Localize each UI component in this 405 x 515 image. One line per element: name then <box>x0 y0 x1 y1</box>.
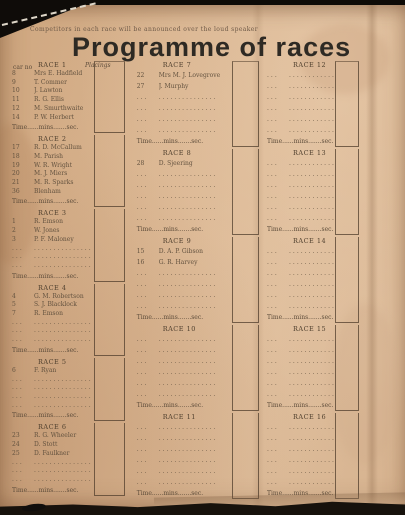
competitor-name: ............... <box>289 345 335 356</box>
car-number: 5 <box>12 301 34 310</box>
car-number: ... <box>267 290 289 301</box>
entry-row: .................. <box>267 444 335 455</box>
competitor-name: Blenham <box>34 188 94 197</box>
race-entries: RACE 13.................................… <box>267 149 335 235</box>
car-number: ... <box>12 393 34 402</box>
car-number: ... <box>137 213 159 224</box>
car-number: 22 <box>137 70 159 81</box>
competitor-name: ............... <box>34 402 94 411</box>
competitor-name: ............... <box>34 336 94 345</box>
car-number: ... <box>137 180 159 191</box>
car-number: 15 <box>137 246 159 257</box>
car-number: ... <box>267 202 289 213</box>
race-section: RACE 217R. D. McCallum18M. Parish19W. R.… <box>12 135 125 207</box>
car-number: 9 <box>12 79 34 88</box>
competitor-name: ............... <box>289 334 335 345</box>
competitor-name: T. Commer <box>34 79 94 88</box>
entry-row: .................. <box>12 336 94 345</box>
car-number: ... <box>137 356 159 367</box>
competitor-name: ............... <box>159 466 232 477</box>
entry-row: .................. <box>12 253 94 262</box>
competitor-name: D. Sjeering <box>159 158 232 169</box>
races-table: RACE 18Mrs E. Hadfield9T. Commer10J. Law… <box>12 61 403 495</box>
entry-row: .................. <box>267 378 335 389</box>
competitor-name: ............... <box>159 477 232 488</box>
race-entries: RACE 11.................................… <box>137 413 232 499</box>
race-section: RACE 13.................................… <box>267 149 359 235</box>
time-result-line: Time......mins.......sec. <box>137 401 232 411</box>
entry-row: .................. <box>137 180 232 191</box>
competitor-name: ............... <box>34 262 94 271</box>
entry-row: .................. <box>12 384 94 393</box>
entry-row: .................. <box>137 125 232 136</box>
entry-row: .................. <box>137 477 232 488</box>
race-section: RACE 10.................................… <box>137 325 259 411</box>
competitor-name: ............... <box>34 245 94 254</box>
entry-row: .................. <box>267 70 335 81</box>
competitor-name: R. Emson <box>34 310 94 319</box>
race-title: RACE 9 <box>137 237 232 246</box>
competitor-name: ............... <box>159 103 232 114</box>
car-number: ... <box>12 476 34 485</box>
race-section: RACE 14.................................… <box>267 237 359 323</box>
time-result-line: Time......mins.......sec. <box>12 486 94 496</box>
competitor-name: Mrs E. Hadfield <box>34 70 94 79</box>
race-title: RACE 14 <box>267 237 335 246</box>
car-number: ... <box>137 378 159 389</box>
competitor-name: G. M. Robertson <box>34 293 94 302</box>
race-entries: RACE 10.................................… <box>137 325 232 411</box>
competitor-name: ............... <box>289 246 335 257</box>
competitor-name: M. R. Sparks <box>34 179 94 188</box>
car-number: ... <box>137 114 159 125</box>
entry-row: .................. <box>12 393 94 402</box>
entry-row: 18M. Parish <box>12 153 94 162</box>
entry-row: .................. <box>12 376 94 385</box>
race-entries: RACE 18Mrs E. Hadfield9T. Commer10J. Law… <box>12 61 94 133</box>
race-entries: RACE 915D. A. P. Gibson16G. R. Harvey...… <box>137 237 232 323</box>
paper-sheet: Competitors in each race will be announc… <box>0 4 405 509</box>
car-number: ... <box>137 477 159 488</box>
car-number: 3 <box>12 236 34 245</box>
time-result-line: Time......mins.......sec. <box>12 123 94 133</box>
car-number: ... <box>267 444 289 455</box>
race-section: RACE 16.................................… <box>267 413 359 499</box>
competitor-name: ............... <box>289 477 335 488</box>
page-title: Programme of races <box>72 32 351 63</box>
car-number: ... <box>267 334 289 345</box>
race-section: RACE 44G. M. Robertson5S. J. Blacklock7R… <box>12 284 125 356</box>
race-title: RACE 16 <box>267 413 335 422</box>
entry-row: .................. <box>137 213 232 224</box>
race-title: RACE 15 <box>267 325 335 334</box>
race-section: RACE 15.................................… <box>267 325 359 411</box>
entry-row: .................. <box>137 389 232 400</box>
competitor-name: ............... <box>159 290 232 301</box>
race-entries: RACE 722Mrs M. J. Lovegrove27J. Murphy..… <box>137 61 232 147</box>
placings-cell <box>335 413 359 499</box>
competitor-name: ............... <box>289 114 335 125</box>
car-number: ... <box>267 125 289 136</box>
car-number: ... <box>137 389 159 400</box>
car-number: 24 <box>12 441 34 450</box>
car-number: ... <box>137 367 159 378</box>
entry-row: .................. <box>12 319 94 328</box>
entry-row: .................. <box>267 92 335 103</box>
placings-cell <box>94 209 125 281</box>
race-entries: RACE 828D. Sjeering.....................… <box>137 149 232 235</box>
race-title: RACE 7 <box>137 61 232 70</box>
car-number: ... <box>137 290 159 301</box>
competitor-name: ............... <box>159 433 232 444</box>
car-number: 10 <box>12 87 34 96</box>
entry-row: .................. <box>267 301 335 312</box>
entry-row: .................. <box>137 378 232 389</box>
competitor-name: ............... <box>159 444 232 455</box>
car-number: ... <box>137 268 159 279</box>
entry-row: .................. <box>267 477 335 488</box>
competitor-name: ............... <box>159 268 232 279</box>
entry-row: .................. <box>267 422 335 433</box>
car-number: ... <box>12 467 34 476</box>
competitor-name: ............... <box>289 367 335 378</box>
car-number: ... <box>267 92 289 103</box>
entry-row: .................. <box>267 114 335 125</box>
car-number: ... <box>137 103 159 114</box>
entry-row: 9T. Commer <box>12 79 94 88</box>
competitor-name: ............... <box>289 70 335 81</box>
competitor-name: ............... <box>289 356 335 367</box>
competitor-name: ............... <box>159 279 232 290</box>
entry-row: .................. <box>267 356 335 367</box>
entry-row: .................. <box>267 268 335 279</box>
race-column: RACE 18Mrs E. Hadfield9T. Commer10J. Law… <box>12 61 125 495</box>
competitor-name: ............... <box>289 455 335 466</box>
race-entries: RACE 623R. G. Wheeler24D. Stott25D. Faul… <box>12 423 94 495</box>
car-number: 8 <box>12 70 34 79</box>
competitor-name: ............... <box>159 169 232 180</box>
car-number: ... <box>137 125 159 136</box>
entry-row: .................. <box>137 422 232 433</box>
entry-row: 10J. Lawton <box>12 87 94 96</box>
car-number: ... <box>267 422 289 433</box>
entry-row: 2W. Jones <box>12 227 94 236</box>
competitor-name: ............... <box>159 213 232 224</box>
competitor-name: ............... <box>159 301 232 312</box>
competitor-name: G. R. Harvey <box>159 257 232 268</box>
entry-row: 11R. G. Ellis <box>12 96 94 105</box>
entry-row: 5S. J. Blacklock <box>12 301 94 310</box>
race-section: RACE 12.................................… <box>267 61 359 147</box>
car-number: 25 <box>12 450 34 459</box>
placings-cell <box>94 61 125 133</box>
entry-row: .................. <box>267 246 335 257</box>
entry-row: .................. <box>267 202 335 213</box>
competitor-name: ............... <box>159 422 232 433</box>
car-number: ... <box>137 301 159 312</box>
car-number: ... <box>267 180 289 191</box>
time-result-line: Time......mins.......sec. <box>137 137 232 147</box>
competitor-name: J. Lawton <box>34 87 94 96</box>
time-result-line: Time......mins.......sec. <box>267 225 335 235</box>
race-entries: RACE 56F. Ryan..........................… <box>12 358 94 422</box>
competitor-name: W. R. Wright <box>34 162 94 171</box>
competitor-name: P. F. Maloney <box>34 236 94 245</box>
competitor-name: ............... <box>34 319 94 328</box>
entry-row: .................. <box>267 389 335 400</box>
placings-cell <box>335 61 359 147</box>
competitor-name: ............... <box>289 125 335 136</box>
car-number: ... <box>12 384 34 393</box>
car-number: 19 <box>12 162 34 171</box>
race-title: RACE 11 <box>137 413 232 422</box>
car-number: ... <box>12 319 34 328</box>
placings-cell <box>335 149 359 235</box>
race-section: RACE 722Mrs M. J. Lovegrove27J. Murphy..… <box>137 61 259 147</box>
competitor-name: ............... <box>289 257 335 268</box>
time-result-line: Time......mins.......sec. <box>137 313 232 323</box>
competitor-name: F. Ryan <box>34 367 94 376</box>
car-number: ... <box>267 433 289 444</box>
entry-row: .................. <box>267 279 335 290</box>
car-number: 1 <box>12 218 34 227</box>
race-section: RACE 915D. A. P. Gibson16G. R. Harvey...… <box>137 237 259 323</box>
car-number: 7 <box>12 310 34 319</box>
competitor-name: ............... <box>289 103 335 114</box>
entry-row: .................. <box>137 433 232 444</box>
placings-cell <box>232 149 259 235</box>
competitor-name: ............... <box>159 378 232 389</box>
race-title: RACE 4 <box>12 284 94 293</box>
car-number: 20 <box>12 170 34 179</box>
time-result-line: Time......mins.......sec. <box>12 272 94 282</box>
race-title: RACE 6 <box>12 423 94 432</box>
car-number: ... <box>267 103 289 114</box>
race-section: RACE 11.................................… <box>137 413 259 499</box>
competitor-name: ............... <box>159 125 232 136</box>
race-entries: RACE 15.................................… <box>267 325 335 411</box>
placings-cell <box>335 237 359 323</box>
car-number: ... <box>137 466 159 477</box>
entry-row: .................. <box>137 466 232 477</box>
competitor-name: ............... <box>289 169 335 180</box>
competitor-name: ............... <box>159 114 232 125</box>
entry-row: 27J. Murphy <box>137 81 232 92</box>
car-number: ... <box>12 402 34 411</box>
entry-row: .................. <box>267 213 335 224</box>
race-entries: RACE 31R. Emson2W. Jones3P. F. Maloney..… <box>12 209 94 281</box>
car-number: ... <box>267 455 289 466</box>
car-number: ... <box>267 213 289 224</box>
competitor-name: ............... <box>289 444 335 455</box>
entry-row: .................. <box>267 158 335 169</box>
car-number: ... <box>267 389 289 400</box>
competitor-name: M. Parish <box>34 153 94 162</box>
entry-row: .................. <box>12 327 94 336</box>
competitor-name: ............... <box>289 389 335 400</box>
car-number: ... <box>267 246 289 257</box>
competitor-name: ............... <box>34 384 94 393</box>
car-number: ... <box>267 81 289 92</box>
car-number: 12 <box>12 105 34 114</box>
competitor-name: ............... <box>159 367 232 378</box>
entry-row: .................. <box>267 257 335 268</box>
competitor-name: W. Jones <box>34 227 94 236</box>
entry-row: .................. <box>137 301 232 312</box>
competitor-name: ............... <box>289 279 335 290</box>
car-number: ... <box>12 245 34 254</box>
competitor-name: ............... <box>34 467 94 476</box>
race-entries: RACE 217R. D. McCallum18M. Parish19W. R.… <box>12 135 94 207</box>
entry-row: 12M. Smurthwaite <box>12 105 94 114</box>
entry-row: .................. <box>137 268 232 279</box>
car-number: 28 <box>137 158 159 169</box>
competitor-name: ............... <box>159 334 232 345</box>
race-title: RACE 10 <box>137 325 232 334</box>
race-entries: RACE 14.................................… <box>267 237 335 323</box>
entry-row: 15D. A. P. Gibson <box>137 246 232 257</box>
competitor-name: R. G. Ellis <box>34 96 94 105</box>
entry-row: .................. <box>267 103 335 114</box>
competitor-name: ............... <box>289 378 335 389</box>
car-number: 14 <box>12 114 34 123</box>
car-number: 21 <box>12 179 34 188</box>
car-number: ... <box>137 334 159 345</box>
competitor-name: ............... <box>289 422 335 433</box>
race-section: RACE 18Mrs E. Hadfield9T. Commer10J. Law… <box>12 61 125 133</box>
entry-row: 22Mrs M. J. Lovegrove <box>137 70 232 81</box>
entry-row: .................. <box>267 334 335 345</box>
entry-row: .................. <box>137 114 232 125</box>
entry-row: 25D. Faulkner <box>12 450 94 459</box>
competitor-name: ............... <box>159 180 232 191</box>
car-number: ... <box>267 70 289 81</box>
entry-row: .................. <box>137 367 232 378</box>
entry-row: .................. <box>267 290 335 301</box>
race-section: RACE 31R. Emson2W. Jones3P. F. Maloney..… <box>12 209 125 281</box>
race-title: RACE 13 <box>267 149 335 158</box>
race-title: RACE 5 <box>12 358 94 367</box>
competitor-name: ............... <box>289 191 335 202</box>
entry-row: 6F. Ryan <box>12 367 94 376</box>
car-number: ... <box>267 477 289 488</box>
car-number: ... <box>137 455 159 466</box>
entry-row: .................. <box>137 279 232 290</box>
entry-row: .................. <box>137 444 232 455</box>
car-number: ... <box>12 336 34 345</box>
competitor-name: Mrs M. J. Lovegrove <box>159 70 232 81</box>
race-section: RACE 623R. G. Wheeler24D. Stott25D. Faul… <box>12 423 125 495</box>
entry-row: .................. <box>12 262 94 271</box>
time-result-line: Time......mins.......sec. <box>267 401 335 411</box>
competitor-name: ............... <box>159 455 232 466</box>
car-number: ... <box>267 301 289 312</box>
entry-row: .................. <box>12 245 94 254</box>
placings-cell <box>232 61 259 147</box>
entry-row: .................. <box>267 455 335 466</box>
competitor-name: S. J. Blacklock <box>34 301 94 310</box>
car-number: 11 <box>12 96 34 105</box>
car-number: ... <box>12 327 34 336</box>
competitor-name: M. J. Miers <box>34 170 94 179</box>
entry-row: 1R. Emson <box>12 218 94 227</box>
time-result-line: Time......mins.......sec. <box>137 225 232 235</box>
time-result-line: Time......mins.......sec. <box>12 346 94 356</box>
competitor-name: ............... <box>289 202 335 213</box>
car-number: ... <box>137 202 159 213</box>
entry-row: .................. <box>137 92 232 103</box>
entry-row: .................. <box>267 81 335 92</box>
placings-cell <box>232 325 259 411</box>
car-number: ... <box>137 345 159 356</box>
time-result-line: Time......mins.......sec. <box>12 411 94 421</box>
entry-row: 8Mrs E. Hadfield <box>12 70 94 79</box>
car-number: ... <box>267 356 289 367</box>
placings-cell <box>94 358 125 422</box>
competitor-name: M. Smurthwaite <box>34 105 94 114</box>
entry-row: 28D. Sjeering <box>137 158 232 169</box>
car-number: ... <box>137 422 159 433</box>
competitor-name: D. A. P. Gibson <box>159 246 232 257</box>
car-number: ... <box>267 279 289 290</box>
competitor-name: ............... <box>159 191 232 202</box>
competitor-name: ............... <box>289 301 335 312</box>
car-number: ... <box>137 191 159 202</box>
car-number: ... <box>267 268 289 279</box>
car-number: 4 <box>12 293 34 302</box>
competitor-name: ............... <box>159 202 232 213</box>
competitor-name: ............... <box>34 476 94 485</box>
competitor-name: ............... <box>34 459 94 468</box>
competitor-name: ............... <box>289 81 335 92</box>
entry-row: .................. <box>137 334 232 345</box>
placings-cell <box>94 423 125 495</box>
entry-row: .................. <box>267 367 335 378</box>
entry-row: .................. <box>267 433 335 444</box>
car-number: ... <box>267 367 289 378</box>
entry-row: 16G. R. Harvey <box>137 257 232 268</box>
entry-row: 7R. Emson <box>12 310 94 319</box>
car-number: ... <box>267 378 289 389</box>
competitor-name: ............... <box>34 327 94 336</box>
entry-row: .................. <box>12 476 94 485</box>
car-number: ... <box>137 433 159 444</box>
competitor-name: ............... <box>34 393 94 402</box>
car-number: ... <box>137 169 159 180</box>
entry-row: .................. <box>267 169 335 180</box>
car-number: ... <box>137 279 159 290</box>
entry-row: 23R. G. Wheeler <box>12 432 94 441</box>
entry-row: .................. <box>267 180 335 191</box>
time-result-line: Time......mins.......sec. <box>267 137 335 147</box>
car-number: ... <box>267 257 289 268</box>
competitor-name: R. D. McCallum <box>34 144 94 153</box>
entry-row: 14P. W. Herbert <box>12 114 94 123</box>
competitor-name: ............... <box>159 92 232 103</box>
entry-row: .................. <box>137 169 232 180</box>
car-number: ... <box>137 444 159 455</box>
entry-row: .................. <box>12 402 94 411</box>
entry-row: 21M. R. Sparks <box>12 179 94 188</box>
race-title: RACE 1 <box>12 61 94 70</box>
race-section: RACE 56F. Ryan..........................… <box>12 358 125 422</box>
race-title: RACE 2 <box>12 135 94 144</box>
race-title: RACE 12 <box>267 61 335 70</box>
entry-row: .................. <box>137 290 232 301</box>
placings-cell <box>232 237 259 323</box>
car-number: ... <box>267 169 289 180</box>
competitor-name: R. Emson <box>34 218 94 227</box>
